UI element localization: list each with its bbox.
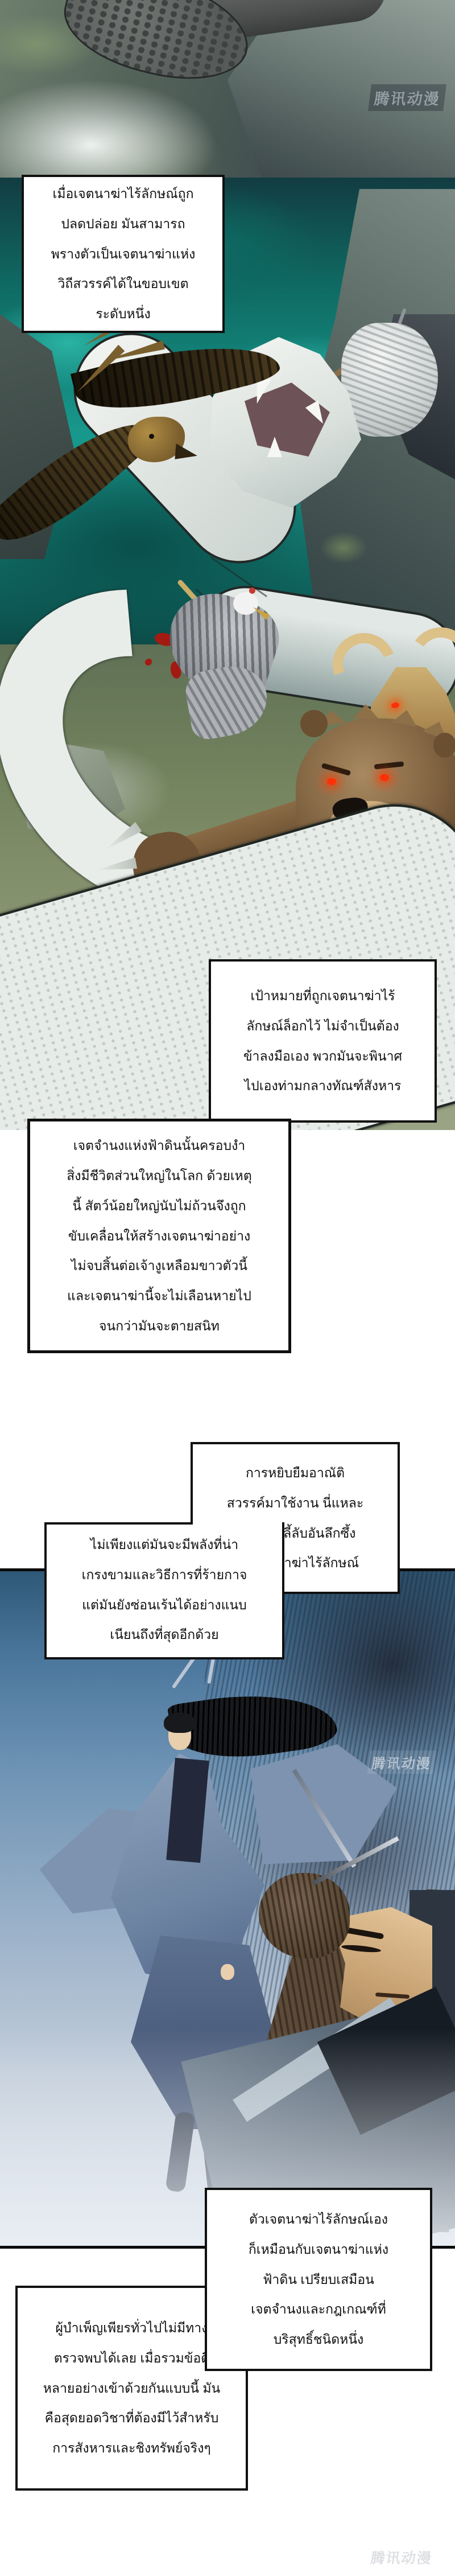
narration-line: เมื่อเจตนาฆ่าไร้ลักษณ์ถูก [52,179,193,209]
narration-line: ลักษณ์ล็อกไว้ ไม่จำเป็นต้อง [246,1011,399,1041]
narration-line: ตัวเจตนาฆ่าไร้ลักษณ์เอง [249,2204,388,2234]
tencent-comics-watermark: 腾讯动漫 [370,2547,433,2567]
narration-line: คือสุดยอดวิชาที่ต้องมีไว้สำหรับ [45,2403,219,2433]
narration-line: และเจตนาฆ่านี้จะไม่เลือนหายไป [67,1281,251,1311]
narration-line: ไม่จบสิ้นต่อเจ้างูเหลือมขาวตัวนี้ [71,1251,247,1281]
narration-box-1: เมื่อเจตนาฆ่าไร้ลักษณ์ถูก ปลดปล่อย มันสา… [22,175,225,333]
mist-patch [0,80,216,178]
narration-line: เนียนถึงที่สุดอีกด้วย [110,1620,218,1650]
narration-line: บริสุทธิ์ชนิดหนึ่ง [274,2324,364,2355]
narration-box-2: เป้าหมายที่ถูกเจตนาฆ่าไร้ ลักษณ์ล็อกไว้ … [209,959,437,1123]
narration-line: วิถีสวรรค์ได้ในขอบเขต [58,269,189,299]
crane-head [233,592,258,615]
narration-line: จนกว่ามันจะตายสนิท [99,1311,220,1341]
narration-line: แต่มันยังซ่อนเร้นได้อย่างแนบ [82,1590,247,1620]
warrior-hand [221,1964,234,1980]
bear-ear [433,733,455,758]
narration-box-5: ไม่เพียงแต่มันจะมีพลังที่น่า เกรงขามและว… [44,1522,284,1659]
narration-box-6: ตัวเจตนาฆ่าไร้ลักษณ์เอง ก็เหมือนกับเจตนา… [205,2188,432,2371]
bear-ear [300,710,328,737]
panel-top-rocks [0,0,455,178]
narration-box-3: เจตจำนงแห่งฟ้าดินนั้นครอบงำ สิ่งมีชีวิตส… [27,1119,291,1353]
narration-line: นี้ สัตว์น้อยใหญ่นับไม่ถ้วนจึงถูก [72,1191,246,1221]
bear-glowing-eye [380,774,389,781]
narration-line: ผู้บำเพ็ญเพียรทั่วไปไม่มีทาง [56,2313,208,2343]
narration-line: หลายอย่างเข้าด้วยกันแบบนี้ มัน [43,2373,221,2404]
narration-line: ไปเองท่ามกลางทัณฑ์สังหาร [245,1071,402,1101]
narration-line: ขับเคลื่อนให้สร้างเจตนาฆ่าอย่าง [68,1221,250,1251]
panel-cultivators [0,1568,455,2249]
narration-line: ก็เหมือนกับเจตนาฆ่าแห่ง [249,2234,388,2265]
narration-line: สวรรค์มาใช้งาน นี่แหละ [227,1488,363,1518]
narration-line: เจตจำนงและกฎเกณฑ์ที่ [251,2294,386,2324]
narration-line: การหยิบยืมอาณัติ [246,1458,345,1488]
crane-red-crest [249,587,255,594]
bear-glowing-eye [327,778,336,785]
narration-line: การสังหารและชิงทรัพย์จริงๆ [52,2433,211,2463]
narration-line: พรางตัวเป็นเจตนาฆ่าแห่ง [51,239,196,269]
narration-line: ปลดปล่อย มันสามารถ [61,209,185,239]
warrior-bangs [164,1712,196,1733]
narration-line: ไม่เพียงแต่มันจะมีพลังที่น่า [90,1530,238,1560]
narration-box-5-top-border [44,1522,193,1525]
narration-line: ตรวจพบได้เลย เมื่อรวมข้อดี [54,2343,210,2373]
comic-page: เมื่อเจตนาฆ่าไร้ลักษณ์ถูก ปลดปล่อย มันสา… [0,0,455,2576]
narration-line: ฟ้าดิน เปรียบเสมือน [263,2265,374,2295]
eagle-eye [149,434,154,439]
narration-line: ข้าลงมือเอง พวกมันจะพินาศ [243,1041,402,1071]
narration-line: เจตจำนงแห่งฟ้าดินนั้นครอบงำ [73,1131,245,1161]
narration-line: เกรงขามและวิธีการที่ร้ายกาจ [82,1560,247,1590]
narration-line: สิ่งมีชีวิตส่วนใหญ่ในโลก ด้วยเหตุ [67,1161,252,1191]
narration-line: ระดับหนึ่ง [96,299,150,329]
narration-line: เป้าหมายที่ถูกเจตนาฆ่าไร้ [251,981,395,1011]
